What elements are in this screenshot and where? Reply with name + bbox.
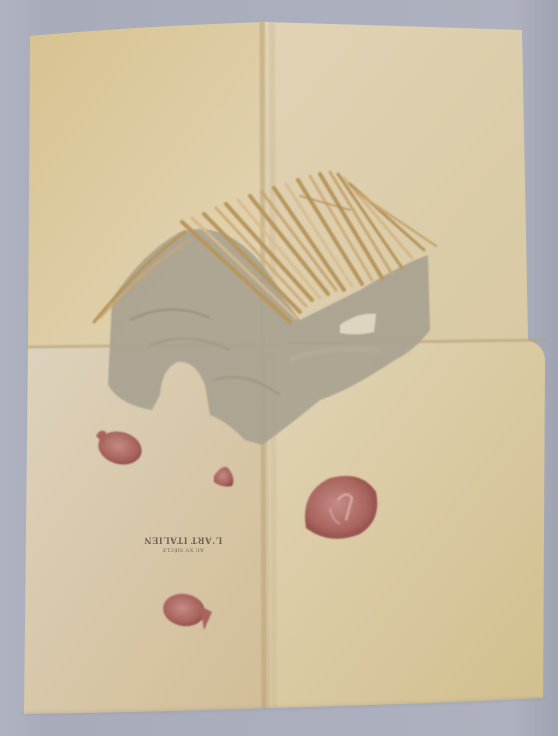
artwork-illustration xyxy=(0,0,558,736)
caption-title: L'ART ITALIEN xyxy=(128,534,238,544)
paper-sheet: AU XV SIÈCLE L'ART ITALIEN xyxy=(0,0,558,736)
caption-subtitle: AU XV SIÈCLE xyxy=(128,546,238,552)
printed-caption-upside-down: AU XV SIÈCLE L'ART ITALIEN xyxy=(128,534,238,552)
